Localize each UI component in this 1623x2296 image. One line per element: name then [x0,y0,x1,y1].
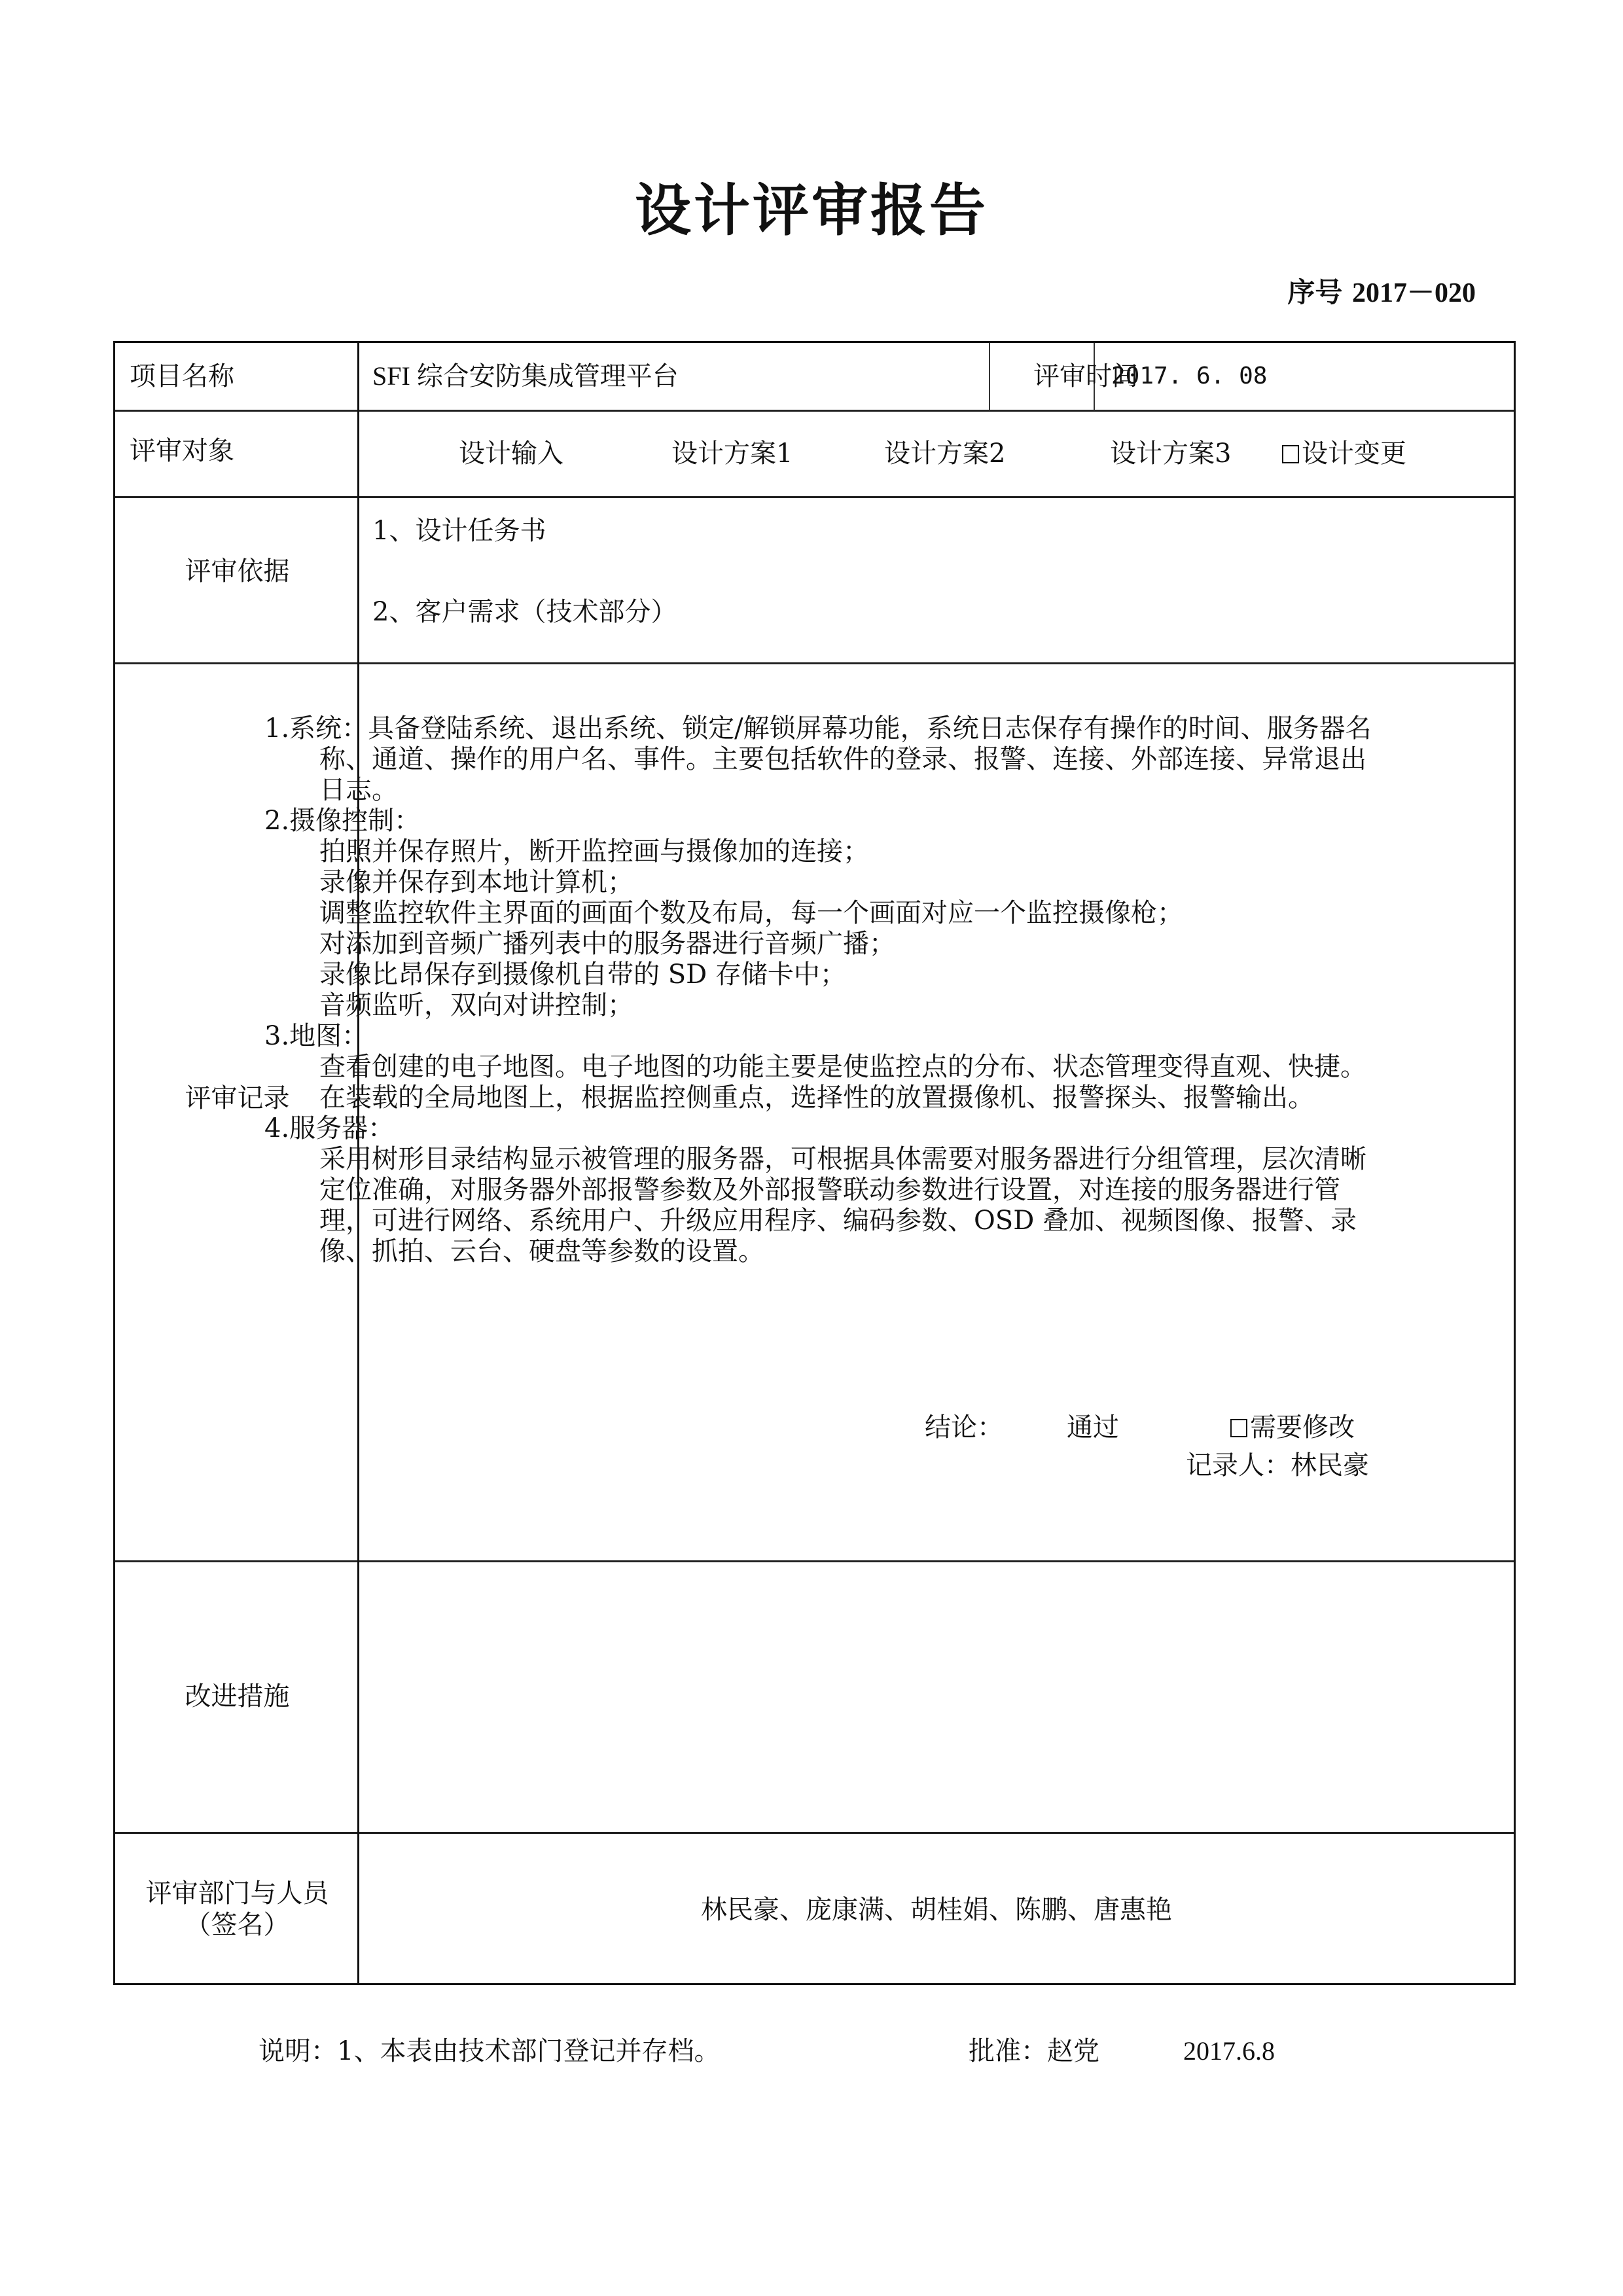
review-object-design-plan-2: 设计方案2 [884,438,1005,469]
record-server-text: 采用树形目录结构显示被管理的服务器，可根据具体需要对服务器进行分组管理，层次清晰… [264,1144,1390,1267]
conclusion-pass: 通过 [1067,1412,1119,1443]
document-title: 设计评审报告 [0,178,1623,243]
design-change-checkbox[interactable] [1282,445,1299,463]
reviewers-label-line2: （签名） [115,1909,359,1941]
row-divider [115,496,1514,498]
review-object-label: 评审对象 [130,435,234,467]
review-record-content: 1.系统：具备登陆系统、退出系统、锁定/解锁屏幕功能，系统日志保存有操作的时间、… [264,713,1390,1267]
row-divider [115,1560,1514,1562]
record-section-map-heading: 3.地图： [264,1021,1390,1052]
record-camera-line: 拍照并保存照片，断开监控画与摄像加的连接； [264,836,1390,867]
record-section-server-heading: 4.服务器： [264,1113,1390,1144]
review-object-design-input: 设计输入 [459,438,563,469]
review-basis-item-2: 2、客户需求（技术部分） [372,596,677,628]
record-section-camera-heading: 2.摄像控制： [264,806,1390,836]
reviewers-signatures: 林民豪、庞康满、胡桂娟、陈鹏、唐惠艳 [357,1894,1516,1926]
record-camera-line: 对添加到音频广播列表中的服务器进行音频广播； [264,929,1390,960]
column-divider [989,343,990,410]
review-basis-item-1: 1、设计任务书 [372,515,546,547]
row-divider [115,662,1514,664]
conclusion-needs-modification[interactable]: 需要修改 [1230,1412,1355,1443]
record-camera-line: 录像并保存到本地计算机； [264,867,1390,898]
record-map-text: 查看创建的电子地图。电子地图的功能主要是使监控点的分布、状态管理变得直观、快捷。… [264,1052,1390,1113]
record-camera-line: 录像比昂保存到摄像机自带的 SD 存储卡中； [264,960,1390,990]
review-object-design-plan-3: 设计方案3 [1110,438,1231,469]
needs-modification-checkbox[interactable] [1230,1419,1247,1437]
record-camera-line: 调整监控软件主界面的画面个数及布局，每一个画面对应一个监控摄像枪； [264,898,1390,929]
project-name-value: SFI 综合安防集成管理平台 [372,361,679,392]
improvement-label: 改进措施 [115,1681,359,1712]
row-divider [115,1832,1514,1834]
serial-label: 序号 [1287,276,1342,308]
review-object-design-change[interactable]: 设计变更 [1282,438,1406,469]
project-name-label: 项目名称 [130,361,234,392]
footer-note: 说明：1、本表由技术部门登记并存档。 [259,2036,720,2067]
record-camera-line: 音频监听，双向对讲控制； [264,990,1390,1021]
recorder: 记录人：林民豪 [1186,1450,1369,1481]
footer-approval: 批准：赵党 [969,2036,1099,2067]
reviewers-label-line1: 评审部门与人员 [115,1878,359,1909]
conclusion-label: 结论： [925,1412,1003,1443]
row-divider [115,410,1514,412]
record-section-system: 1.系统：具备登陆系统、退出系统、锁定/解锁屏幕功能，系统日志保存有操作的时间、… [264,713,1390,806]
review-time-value: 2017. 6. 08 [1111,361,1267,392]
serial-number: 序号 2017－020 [1287,276,1476,310]
review-object-design-plan-1: 设计方案1 [671,438,793,469]
footer-date: 2017.6.8 [1183,2036,1275,2067]
serial-value: 2017－020 [1352,278,1476,308]
review-basis-label: 评审依据 [115,556,359,587]
